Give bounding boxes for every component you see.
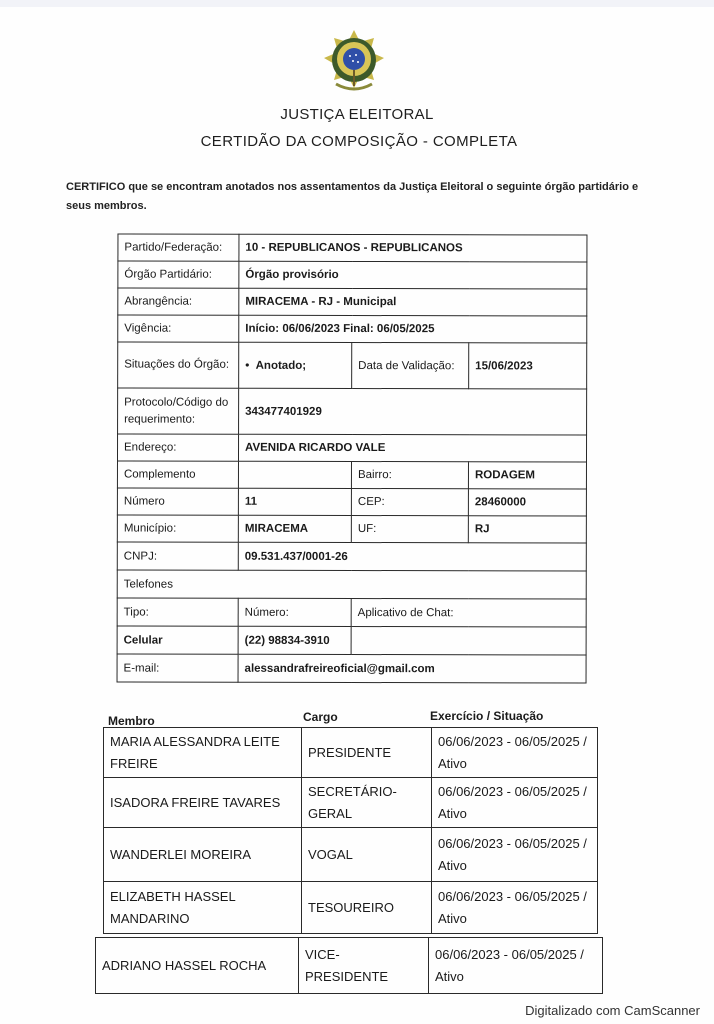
member-cargo: VICE-PRESIDENTE (299, 938, 429, 994)
value-bairro: RODAGEM (468, 462, 586, 489)
label-complemento: Complemento (117, 461, 238, 488)
member-row: ELIZABETH HASSEL MANDARINO TESOUREIRO 06… (104, 882, 598, 934)
member-exercicio: 06/06/2023 - 06/05/2025 /Ativo (432, 882, 598, 934)
label-numero-tel: Número: (238, 598, 351, 626)
members-table: MARIA ALESSANDRA LEITE FREIRE PRESIDENTE… (103, 727, 598, 934)
row-endereco: Endereço: AVENIDA RICARDO VALE (117, 434, 586, 462)
member-name: WANDERLEI MOREIRA (104, 828, 302, 882)
value-abrangencia: MIRACEMA - RJ - Municipal (239, 288, 587, 316)
label-cep: CEP: (351, 488, 468, 515)
member-row: ADRIANO HASSEL ROCHA VICE-PRESIDENTE 06/… (96, 938, 603, 994)
page-title: JUSTIÇA ELEITORAL (0, 106, 714, 123)
value-numero: 11 (238, 488, 351, 515)
value-telefone: (22) 98834-3910 (238, 626, 351, 654)
value-partido: 10 - REPUBLICANOS - REPUBLICANOS (239, 234, 587, 262)
value-cep: 28460000 (468, 489, 586, 516)
label-tipo: Tipo: (117, 598, 238, 626)
value-endereco: AVENIDA RICARDO VALE (238, 434, 586, 462)
row-tipo-header: Tipo: Número: Aplicativo de Chat: (117, 598, 586, 627)
scanner-watermark: Digitalizado com CamScanner (525, 1003, 700, 1018)
row-situacoes: Situações do Órgão: • Anotado; Data de V… (118, 342, 587, 389)
scanner-top-bar (0, 0, 714, 7)
label-endereco: Endereço: (117, 434, 238, 461)
row-numero: Número 11 CEP: 28460000 (117, 488, 586, 516)
party-info-table: Partido/Federação: 10 - REPUBLICANOS - R… (117, 234, 588, 684)
value-orgao: Órgão provisório (239, 261, 587, 289)
row-cnpj: CNPJ: 09.531.437/0001-26 (117, 542, 586, 571)
brazil-coat-of-arms-icon (322, 28, 386, 94)
row-orgao: Órgão Partidário: Órgão provisório (118, 261, 587, 289)
row-protocolo: Protocolo/Código do requerimento: 343477… (118, 388, 587, 435)
member-cargo: PRESIDENTE (302, 728, 432, 778)
member-exercicio: 06/06/2023 - 06/05/2025 /Ativo (432, 828, 598, 882)
label-partido: Partido/Federação: (118, 234, 239, 261)
member-name: ISADORA FREIRE TAVARES (104, 778, 302, 828)
value-vigencia: Início: 06/06/2023 Final: 06/05/2025 (239, 315, 587, 343)
value-chat (351, 626, 586, 654)
label-cnpj: CNPJ: (117, 542, 238, 570)
value-situacoes: • Anotado; (239, 342, 352, 388)
header-exercicio: Exercício / Situação (430, 709, 543, 723)
members-table-continued: ADRIANO HASSEL ROCHA VICE-PRESIDENTE 06/… (95, 937, 603, 994)
label-chat: Aplicativo de Chat: (351, 598, 586, 626)
label-situacoes: Situações do Órgão: (118, 342, 239, 388)
label-validacao: Data de Validação: (352, 342, 469, 388)
row-complemento: Complemento Bairro: RODAGEM (117, 461, 586, 489)
member-row: ISADORA FREIRE TAVARES SECRETÁRIO-GERAL … (104, 778, 598, 828)
row-partido: Partido/Federação: 10 - REPUBLICANOS - R… (118, 234, 587, 262)
label-bairro: Bairro: (351, 461, 468, 488)
row-telefones: Telefones (117, 570, 586, 599)
row-telefone: Celular (22) 98834-3910 (117, 626, 586, 655)
label-vigencia: Vigência: (118, 315, 239, 342)
label-uf: UF: (351, 515, 468, 542)
header-membro: Membro (108, 714, 155, 728)
member-name: ELIZABETH HASSEL MANDARINO (104, 882, 302, 934)
member-name: MARIA ALESSANDRA LEITE FREIRE (104, 728, 302, 778)
row-email: E-mail: alessandrafreireoficial@gmail.co… (117, 654, 586, 683)
member-cargo: TESOUREIRO (302, 882, 432, 934)
row-municipio: Município: MIRACEMA UF: RJ (117, 515, 586, 543)
member-name: ADRIANO HASSEL ROCHA (96, 938, 299, 994)
member-cargo: SECRETÁRIO-GERAL (302, 778, 432, 828)
member-cargo: VOGAL (302, 828, 432, 882)
member-exercicio: 06/06/2023 - 06/05/2025 /Ativo (429, 938, 603, 994)
value-validacao: 15/06/2023 (469, 343, 587, 389)
row-vigencia: Vigência: Início: 06/06/2023 Final: 06/0… (118, 315, 587, 343)
label-numero: Número (117, 488, 238, 515)
bullet-icon: • (245, 359, 255, 371)
header-cargo: Cargo (303, 710, 338, 724)
value-complemento (238, 461, 351, 488)
value-protocolo: 343477401929 (239, 388, 587, 435)
row-abrangencia: Abrangência: MIRACEMA - RJ - Municipal (118, 288, 587, 316)
value-uf: RJ (468, 516, 586, 543)
value-email: alessandrafreireoficial@gmail.com (238, 654, 586, 683)
value-municipio: MIRACEMA (238, 515, 351, 542)
label-protocolo: Protocolo/Código do requerimento: (118, 388, 239, 434)
member-exercicio: 06/06/2023 - 06/05/2025 /Ativo (432, 728, 598, 778)
member-row: MARIA ALESSANDRA LEITE FREIRE PRESIDENTE… (104, 728, 598, 778)
label-email: E-mail: (117, 654, 238, 682)
label-orgao: Órgão Partidário: (118, 261, 239, 288)
value-cnpj: 09.531.437/0001-26 (238, 542, 586, 571)
member-row: WANDERLEI MOREIRA VOGAL 06/06/2023 - 06/… (104, 828, 598, 882)
label-telefones: Telefones (117, 570, 586, 599)
intro-paragraph: CERTIFICO que se encontram anotados nos … (66, 178, 656, 216)
label-abrangencia: Abrangência: (118, 288, 239, 315)
member-exercicio: 06/06/2023 - 06/05/2025 /Ativo (432, 778, 598, 828)
value-tipo: Celular (117, 626, 238, 654)
label-municipio: Município: (117, 515, 238, 542)
page-subtitle: CERTIDÃO DA COMPOSIÇÃO - COMPLETA (0, 133, 714, 150)
